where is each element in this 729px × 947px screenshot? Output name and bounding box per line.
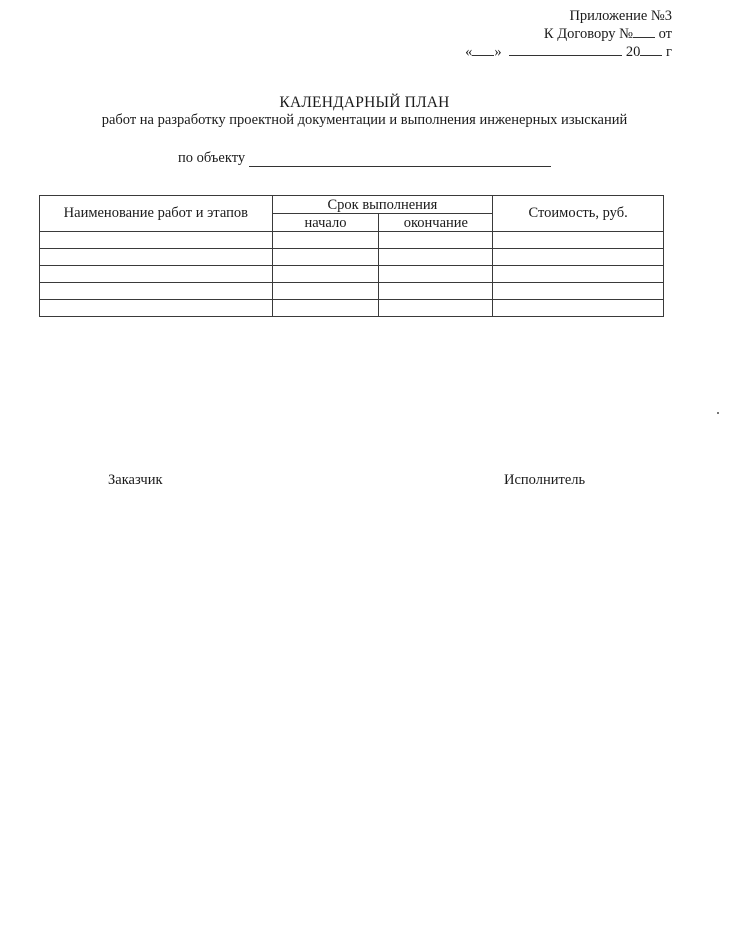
cell-cost[interactable] (493, 283, 664, 300)
cell-end[interactable] (379, 266, 493, 283)
table-row (40, 249, 664, 266)
cell-end[interactable] (379, 300, 493, 317)
document-subtitle: работ на разработку проектной документац… (0, 112, 729, 129)
cell-cost[interactable] (493, 249, 664, 266)
column-header-cost: Стоимость, руб. (493, 196, 664, 232)
column-header-start: начало (272, 214, 379, 232)
column-header-deadline: Срок выполнения (272, 196, 493, 214)
cell-name[interactable] (40, 283, 273, 300)
month-blank[interactable] (509, 43, 622, 56)
open-quote: « (465, 44, 472, 60)
cell-start[interactable] (272, 266, 379, 283)
cell-start[interactable] (272, 283, 379, 300)
appendix-label: Приложение №3 (569, 8, 672, 25)
table-row (40, 232, 664, 249)
cell-name[interactable] (40, 300, 273, 317)
table-header-row: Наименование работ и этапов Срок выполне… (40, 196, 664, 214)
cell-cost[interactable] (493, 232, 664, 249)
cell-cost[interactable] (493, 300, 664, 317)
table-row (40, 266, 664, 283)
scan-speck (717, 412, 719, 414)
object-field: по объекту (178, 150, 551, 167)
cell-end[interactable] (379, 249, 493, 266)
customer-signature-label: Заказчик (108, 472, 163, 489)
year-blank[interactable] (640, 43, 662, 56)
document-title: КАЛЕНДАРНЫЙ ПЛАН (0, 94, 729, 112)
cell-start[interactable] (272, 232, 379, 249)
contract-date: «» 20 г (465, 43, 672, 61)
contractor-signature-label: Исполнитель (504, 472, 585, 489)
cell-end[interactable] (379, 283, 493, 300)
cell-end[interactable] (379, 232, 493, 249)
cell-start[interactable] (272, 300, 379, 317)
contract-prefix: К Договору № (544, 26, 633, 42)
object-label: по объекту (178, 150, 245, 166)
table-row (40, 300, 664, 317)
contract-suffix: от (659, 26, 672, 42)
contract-reference: К Договору № от (544, 25, 672, 43)
object-blank[interactable] (249, 152, 551, 167)
cell-name[interactable] (40, 266, 273, 283)
column-header-end: окончание (379, 214, 493, 232)
contract-number-blank[interactable] (633, 25, 655, 38)
cell-name[interactable] (40, 249, 273, 266)
cell-name[interactable] (40, 232, 273, 249)
day-blank[interactable] (472, 43, 494, 56)
year-prefix: 20 (626, 44, 641, 60)
schedule-table: Наименование работ и этапов Срок выполне… (39, 195, 664, 317)
year-suffix: г (666, 44, 672, 60)
cell-start[interactable] (272, 249, 379, 266)
table-row (40, 283, 664, 300)
close-quote: » (494, 44, 501, 60)
cell-cost[interactable] (493, 266, 664, 283)
column-header-name: Наименование работ и этапов (40, 196, 273, 232)
